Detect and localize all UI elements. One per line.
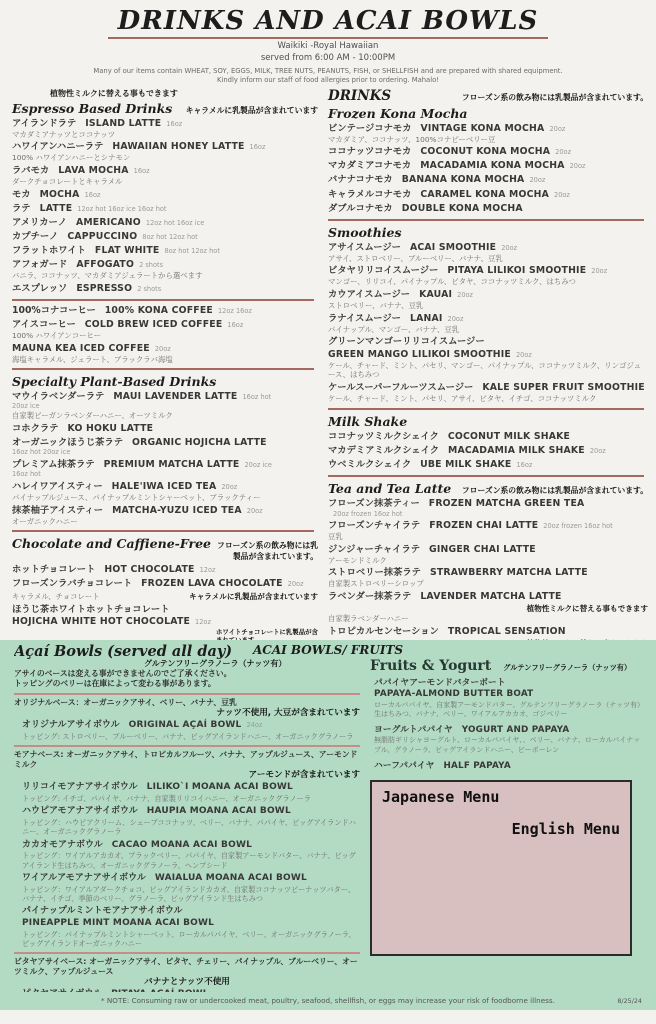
item-name-en: MAUI LAVENDER LATTE [113,391,237,403]
item-size: 8oz hot 12oz hot [164,247,219,255]
menu-item: ワイアルアモアナアサイボウルWAIALUA MOANA ACAI BOWLトッピ… [22,873,360,903]
item-name-jp: フローズンチャイラテ [328,520,420,532]
menu-item: ビタヤリリコイスムージーPITAYA LILIKOI SMOOTHIE20ozマ… [328,265,648,287]
menu-item: パパイヤアーモンドバターボートPAPAYA-ALMOND BUTTER BOAT… [374,678,646,719]
item-description: ケール、チャード、ミント、パセリ、マンゴー、パイナップル、ココナッツミルク、リン… [328,361,648,380]
item-name-jp: ウベミルクシェイク [328,459,411,471]
menu-item-row: 抹茶柚子アイスティーMATCHA-YUZU ICED TEA20oz [12,505,318,517]
section-divider [12,368,314,370]
item-description: マンゴー、リリコイ、パイナップル、ビタヤ、ココナッツミルク、はちみつ [328,277,648,287]
item-name-jp: アサイスムージー [328,242,401,254]
section-header: Chocolate and Caffiene-Freeフローズン系の飲み物には乳… [12,536,318,562]
item-name-jp: ビンテージコナモカ [328,123,412,135]
item-note: 植物性ミルクに替える事もできます [519,603,648,614]
item-name-en: KALE SUPER FRUIT SMOOTHIE [482,382,645,394]
english-menu-label: English Menu [382,820,620,838]
item-size: 20oz [555,148,571,156]
menu-item: キャラメルコナモカCARAMEL KONA MOCHA20oz [328,189,648,201]
menu-item: フラットホワイトFLAT WHITE8oz hot 12oz hot [12,245,318,257]
menu-item: ホットチョコレートHOT CHOCOLATE12oz [12,564,318,576]
menu-item-row: ラベンダー抹茶ラテLAVENDER MATCHA LATTE植物性ミルクに替える… [328,591,648,614]
item-name-en: STRAWBERRY MATCHA LATTE [430,567,588,579]
item-name-en: ORIGINAL AÇAÍ BOWL [129,720,242,732]
menu-item: アイスコーヒーCOLD BREW ICED COFFEE16oz100% ハワイ… [12,319,318,341]
menu-item: ビンテージコナモカVINTAGE KONA MOCHA20ozマカダミア、ココナ… [328,123,648,145]
item-description: トッピング：パイナップルミントシャーベット、ローカルパパイヤ、ベリー、オーガニッ… [22,930,360,949]
menu-item: マカダミアコナモカMACADAMIA KONA MOCHA20oz [328,160,648,172]
item-name-en: COLD BREW ICED COFFEE [85,319,223,331]
item-name-jp: フローズンラバチョコレート [12,578,132,590]
hours-subtitle: served from 6:00 AM - 10:00PM [0,53,656,64]
item-description: 100% ハワイアンハニーとシナモン [12,153,318,163]
item-description: トッピング: ストロベリー、ブルーベリー、バナナ、ビッグアイランドハニー、オーガ… [22,732,360,741]
menu-item-row: ビタヤリリコイスムージーPITAYA LILIKOI SMOOTHIE20oz [328,265,648,277]
item-size: 20oz [501,244,517,252]
section-title: Frozen Kona Mocha [328,106,468,121]
menu-item: ヨーグルトパパイヤYOGURT AND PAPAYA無脂肪ギリシャヨーグルト、ロ… [374,725,646,755]
item-description: 100% ハワイアンコーヒー [12,331,318,341]
item-name-en: BANANA KONA MOCHA [402,174,525,186]
item-name-en: MAUNA KEA ICED COFFEE [12,343,150,355]
item-name-en: FLAT WHITE [95,245,160,257]
item-name-en: GREEN MANGO LILIKOI SMOOTHIE [328,349,511,361]
section-header: Tea and Tea Latteフローズン系の飲み物には乳製品が含まれています… [328,481,648,496]
menu-header: DRINKS AND ACAI BOWLS Waikiki -Royal Haw… [0,0,656,86]
menu-item: ほうじ茶ホワイトホットチョコレートHOJICHA WHITE HOT CHOCO… [12,604,318,644]
item-description: 自家製ラベンダーハニー [328,614,648,624]
menu-item: MAUNA KEA ICED COFFEE20oz海塩キャラメル、ジェラート、ブ… [12,343,318,365]
item-description: パイナップル、マンゴー、バナナ、豆乳 [328,325,648,335]
title-underline [108,37,548,39]
item-name-jp: ココナッツコナモカ [328,146,411,158]
item-name-jp: ケールスーパーフルーツスムージー [328,382,473,394]
fruits-items: パパイヤアーモンドバターボートPAPAYA-ALMOND BUTTER BOAT… [370,678,646,772]
fruits-granola-note: グルテンフリーグラノーラ（ナッツ有） [503,663,631,673]
menu-item-row: ストロベリー抹茶ラテSTRAWBERRY MATCHA LATTE [328,567,648,579]
item-name-jp: カカオモアナボウル [22,840,103,852]
acai-groups: オリジナルベース：オーガニックアサイ、ベリー、バナナ、豆乳ナッツ不使用, 大豆が… [14,693,360,992]
item-name-en: MATCHA-YUZU ICED TEA [112,505,242,517]
item-name-jp: ピタヤアサイボウル [22,989,102,992]
item-name-jp: フラットホワイト [12,245,86,257]
item-name-jp: コホクラテ [12,423,59,435]
item-size: 20oz [457,291,473,299]
item-description: オーガニックハニー [12,517,318,527]
menu-item-row: バナナコナモカBANANA KONA MOCHA20oz [328,174,648,186]
item-size: 16oz [166,120,182,128]
menu-item-row: プレミアム抹茶ラテPREMIUM MATCHA LATTE20oz ice [12,459,318,471]
menu-item-row: マウイラベンダーラテMAUI LAVENDER LATTE16oz hot [12,391,318,403]
section-header: Espresso Based Drinksキャラメルに乳製品が含まれています [12,101,318,116]
item-name-jp: ハーフパパイヤ [374,761,434,772]
item-size: 20oz [590,447,606,455]
item-name-jp: パイナップルミントモアナアサイボウル [22,906,183,918]
section-header: Smoothies [328,225,648,240]
item-name-jp: キャラメルコナモカ [328,189,411,201]
menu-item-row: アイスコーヒーCOLD BREW ICED COFFEE16oz [12,319,318,331]
item-description: 自家製ビーガンラベンダーハニー、オーツミルク [12,411,318,421]
item-name-jp: ハワイアンハニーラテ [12,141,103,153]
item-name-jp: マカダミアコナモカ [328,160,411,172]
menu-item-row: グリーンマンゴーリリコイスムージーGREEN MANGO LILIKOI SMO… [328,336,648,360]
frozen-dairy-note: フローズン系の飲み物には乳製品が含まれています。 [462,92,648,103]
item-name-en: TROPICAL SENSATION [448,626,566,638]
item-size-line: 20oz ice [12,403,318,411]
item-name-jp: ラバモカ [12,165,49,177]
venue-subtitle: Waikiki -Royal Hawaiian [0,41,656,52]
item-size: 12oz [195,618,211,626]
menu-item: カウアイスムージーKAUAI20ozストロベリー、バナナ、豆乳 [328,289,648,311]
item-name-en: MOCHA [40,189,80,201]
menu-item-row: アイランドラテISLAND LATTE16oz [12,118,318,130]
menu-item: コホクラテKO HOKU LATTE [12,423,318,435]
item-description: バニラ、ココナッツ、マカダミアジェラートから選べます [12,271,318,281]
acai-base-note: ナッツ不使用, 大豆が含まれています [14,708,360,718]
item-name-en: COCONUT MILK SHAKE [448,431,570,443]
item-description: 自家製ストロベリーシロップ [328,579,648,589]
section-title: Espresso Based Drinks [12,101,172,116]
drinks-right-column: DRINKS フローズン系の飲み物には乳製品が含まれています。 Frozen K… [324,88,648,652]
menu-item-row: ヨーグルトパパイヤYOGURT AND PAPAYA [374,725,646,736]
menu-date: 8/25/24 [617,997,642,1005]
item-size: 20oz [221,483,237,491]
fruits-section-header: Fruits & Yogurt グルテンフリーグラノーラ（ナッツ有） [370,658,646,674]
item-name-en: LAVENDER MATCHA LATTE [420,591,561,603]
item-name-jp: フローズン抹茶ティー [328,498,420,510]
menu-item: ピタヤアサイボウルPITAYA AÇAÍ BOWLトッピング: パパイヤ、リリコ… [22,989,360,992]
menu-item: カカオモアナボウルCACAO MOANA ACAI BOWLトッピング：ワイアル… [22,840,360,870]
item-name-jp: モカ [12,189,31,201]
menu-item-row: MAUNA KEA ICED COFFEE20oz [12,343,318,355]
menu-item: アイランドラテISLAND LATTE16ozマカダミアナッツとココナッツ [12,118,318,140]
item-name-en: FROZEN LAVA CHOCOLATE [141,578,283,590]
menu-item: ウベミルクシェイクUBE MILK SHAKE16oz [328,459,648,471]
menu-item: ラテLATTE12oz hot 16oz ice 16oz hot [12,203,318,215]
menu-item: モカMOCHA16oz [12,189,318,201]
item-size: 24oz [246,721,262,729]
page-title: DRINKS AND ACAI BOWLS [0,8,656,35]
item-size: 20oz [448,315,464,323]
acai-fruits-banner: ACAI BOWLS/ FRUITS [0,643,656,657]
item-size: 20oz [549,125,565,133]
item-size: 20oz [570,162,586,170]
menu-item-row: ケールスーパーフルーツスムージーKALE SUPER FRUIT SMOOTHI… [328,382,648,394]
section-note: キャラメルに乳製品が含まれています [186,105,318,116]
menu-item: カプチーノCAPPUCCINO8oz hot 12oz hot [12,231,318,243]
foodborne-illness-note: * NOTE: Consuming raw or undercooked mea… [0,996,656,1005]
acai-fruits-columns: Açaí Bowls (served all day) グルテンフリーグラノーラ… [14,644,646,992]
menu-item-row: モカMOCHA16oz [12,189,318,201]
menu-item: マカデミアミルクシェイクMACADAMIA MILK SHAKE20oz [328,445,648,457]
item-name-en: FROZEN CHAI LATTE [429,520,538,532]
menu-item-row: ラテLATTE12oz hot 16oz ice 16oz hot [12,203,318,215]
item-size: 16oz hot [242,393,271,401]
item-name-en: CAPPUCCINO [67,231,137,243]
section-divider [328,219,644,221]
item-size-line: 16oz hot 20oz ice [12,449,318,457]
menu-item-row: ハウピアモアナアサイボウルHAUPIA MOANA ACAI BOWL [22,806,360,818]
item-size: 20oz [554,191,570,199]
item-name-jp: バナナコナモカ [328,174,393,186]
drinks-title: DRINKS [328,88,391,104]
item-name-en: ISLAND LATTE [85,118,161,130]
section-divider [12,299,314,301]
menu-item: ケールスーパーフルーツスムージーKALE SUPER FRUIT SMOOTHI… [328,382,648,404]
menu-item-row: ココナッツミルクシェイクCOCONUT MILK SHAKE [328,431,648,443]
item-name-en: LILIKO`I MOANA ACAI BOWL [147,782,293,794]
item-name-jp: オリジナルアサイボウル [22,720,120,732]
menu-item-row: オリジナルアサイボウルORIGINAL AÇAÍ BOWL24oz [22,720,360,732]
item-name-jp: パパイヤアーモンドバターボート [374,678,506,689]
item-name-en: ORGANIC HOJICHA LATTE [132,437,267,449]
menu-item-row: ピタヤアサイボウルPITAYA AÇAÍ BOWL [22,989,360,992]
menu-item-row: パイナップルミントモアナアサイボウルPINEAPPLE MINT MOANA A… [22,906,360,929]
item-name-en: 100% KONA COFFEE [105,305,213,317]
japanese-menu-label: Japanese Menu [382,788,620,806]
menu-item-row: ダブルコナモカDOUBLE KONA MOCHA [328,203,648,215]
menu-item-row: ワイアルアモアナアサイボウルWAIALUA MOANA ACAI BOWL [22,873,360,885]
item-name-jp: ラベンダー抹茶ラテ [328,591,411,603]
menu-item: パイナップルミントモアナアサイボウルPINEAPPLE MINT MOANA A… [22,906,360,948]
item-name-en: HALE'IWA ICED TEA [112,481,217,493]
item-description: トッピング：ハウピアクリーム、シェーブココナッツ、ベリー、バナナ、パパイヤ、ビッ… [22,818,360,837]
menu-item: ハウピアモアナアサイボウルHAUPIA MOANA ACAI BOWLトッピング… [22,806,360,836]
menu-item-row: ウベミルクシェイクUBE MILK SHAKE16oz [328,459,648,471]
section-note: フローズン系の飲み物には乳製品が含まれています。 [211,540,318,562]
menu-item: ラナイスムージーLANAI20ozパイナップル、マンゴー、バナナ、豆乳 [328,313,648,335]
item-name-jp: ハレイワアイスティー [12,481,103,493]
item-name-jp: 100%コナコーヒー [12,305,96,317]
menu-item-row: フローズンチャイラテFROZEN CHAI LATTE20oz frozen 1… [328,520,648,532]
item-name-en: HOJICHA WHITE HOT CHOCOLATE [12,616,190,628]
item-note: キャラメルに乳製品が含まれています [181,591,318,602]
item-name-jp: アイスコーヒー [12,319,76,331]
menu-item: 100%コナコーヒー100% KONA COFFEE12oz 16oz [12,305,318,317]
menu-item: エスプレッソESPRESSO2 shots [12,283,318,295]
item-description: マカダミア、ココナッツ、100%コナピーベリー豆 [328,135,648,145]
menu-item-row: ホットチョコレートHOT CHOCOLATE12oz [12,564,318,576]
item-name-jp: ダブルコナモカ [328,203,393,215]
item-size: 20oz [591,267,607,275]
item-name-jp: アメリカーノ [12,217,67,229]
menu-item: ココナッツミルクシェイクCOCONUT MILK SHAKE [328,431,648,443]
menu-item: アサイスムージーACAI SMOOTHIE20ozアサイ、ストロベリー、ブルーベ… [328,242,648,264]
menu-item-row: コホクラテKO HOKU LATTE [12,423,318,435]
menu-item-row: キャラメルコナモカCARAMEL KONA MOCHA20oz [328,189,648,201]
item-size: 20oz [529,176,545,184]
item-description: 無脂肪ギリシャヨーグルト、ローカルパパイヤ、、ベリー、バナナ、ローカルパイナップ… [374,736,646,754]
item-name-jp: カウアイスムージー [328,289,410,301]
item-name-en: FROZEN MATCHA GREEN TEA [429,498,585,510]
section-title: Specialty Plant-Based Drinks [12,374,216,389]
item-name-en: COCONUT KONA MOCHA [420,146,550,158]
item-name-en: LANAI [410,313,443,325]
item-name-en: WAIALUA MOANA ACAI BOWL [155,873,307,885]
item-name-en: ACAI SMOOTHIE [410,242,496,254]
menu-item-row: ほうじ茶ホワイトホットチョコレートHOJICHA WHITE HOT CHOCO… [12,604,318,644]
item-size: 16oz [516,461,532,469]
item-size: 12oz hot 16oz ice 16oz hot [77,205,166,213]
item-name-en: LAVA MOCHA [58,165,128,177]
acai-group-divider [14,693,360,695]
item-description: トッピング：ワイアルアダークチョコ、ビッグアイランドカカオ、自家製ココナッツピー… [22,885,360,904]
menu-item-row: エスプレッソESPRESSO2 shots [12,283,318,295]
menu-item: マウイラベンダーラテMAUI LAVENDER LATTE16oz hot20o… [12,391,318,421]
item-name-en: LATTE [40,203,73,215]
item-size: 20oz [155,345,171,353]
language-menu-box: Japanese Menu English Menu [370,780,632,956]
menu-item: グリーンマンゴーリリコイスムージーGREEN MANGO LILIKOI SMO… [328,336,648,379]
drinks-section-header: DRINKS フローズン系の飲み物には乳製品が含まれています。 [328,88,648,104]
item-name-en: HALF PAPAYA [443,761,510,772]
section-divider [328,475,644,477]
menu-item: オーガニックほうじ茶ラテORGANIC HOJICHA LATTE16oz ho… [12,437,318,457]
item-description: アーモンドミルク [328,556,648,566]
menu-item-row: ハワイアンハニーラテHAWAIIAN HONEY LATTE16oz [12,141,318,153]
menu-item: フローズンチャイラテFROZEN CHAI LATTE20oz frozen 1… [328,520,648,542]
item-size: 20oz frozen 16oz hot [543,522,612,530]
item-name-en: AMERICANO [76,217,141,229]
item-size: 12oz hot 16oz ice [146,219,204,227]
menu-item: オリジナルアサイボウルORIGINAL AÇAÍ BOWL24ozトッピング: … [22,720,360,741]
item-name-jp: トロピカルセンセーション [328,626,439,638]
item-name-jp: エスプレッソ [12,283,67,295]
item-description-row: キャラメル、チョコレートキャラメルに乳製品が含まれています [12,591,318,602]
item-description: トッピング：ワイアルアカカオ、ブラックベリー、パパイヤ、自家製アーモンドバター、… [22,851,360,870]
item-name-jp: ココナッツミルクシェイク [328,431,439,443]
menu-item: フローズン抹茶ティーFROZEN MATCHA GREEN TEA20oz fr… [328,498,648,518]
item-name-en: UBE MILK SHAKE [420,459,511,471]
section-header: Specialty Plant-Based Drinks [12,374,318,389]
item-name-en: KO HOKU LATTE [68,423,154,435]
section-divider [328,408,644,410]
item-name-en: YOGURT AND PAPAYA [462,725,570,736]
item-description: 豆乳 [328,532,648,542]
acai-base-note: バナナとナッツ不使用 [14,977,360,987]
item-size: 2 shots [139,261,163,269]
allergen-disclaimer-line2: Kindly inform our staff of food allergie… [0,76,656,85]
menu-item: バナナコナモカBANANA KONA MOCHA20oz [328,174,648,186]
menu-item: ストロベリー抹茶ラテSTRAWBERRY MATCHA LATTE自家製ストロベ… [328,567,648,589]
item-name-en: DOUBLE KONA MOCHA [402,203,523,215]
item-name-en: KAUAI [419,289,452,301]
menu-item-row: 100%コナコーヒー100% KONA COFFEE12oz 16oz [12,305,318,317]
section-title: Smoothies [328,225,402,240]
item-name-en: HAUPIA MOANA ACAI BOWL [147,806,291,818]
item-size: 16oz [227,321,243,329]
menu-item-row: カプチーノCAPPUCCINO8oz hot 12oz hot [12,231,318,243]
item-name-en: HOT CHOCOLATE [104,564,194,576]
section-header: Frozen Kona Mocha [328,106,648,121]
acai-group-divider [14,745,360,747]
menu-item-row: マカダミアコナモカMACADAMIA KONA MOCHA20oz [328,160,648,172]
item-name-jp: ほうじ茶ホワイトホットチョコレート [12,604,309,616]
menu-item: アフォガードAFFOGATO2 shotsバニラ、ココナッツ、マカダミアジェラー… [12,259,318,281]
menu-item-row: ハレイワアイスティーHALE'IWA ICED TEA20oz [12,481,318,493]
fruits-yogurt-column: Fruits & Yogurt グルテンフリーグラノーラ（ナッツ有） パパイヤア… [370,644,646,992]
acai-intro-line: アサイのベースは変える事ができませんのでご了承ください。 [14,669,360,679]
menu-item: ハワイアンハニーラテHAWAIIAN HONEY LATTE16oz100% ハ… [12,141,318,163]
item-name-jp: ラテ [12,203,31,215]
menu-item-row: フローズン抹茶ティーFROZEN MATCHA GREEN TEA20oz fr… [328,498,648,518]
menu-item-row: フラットホワイトFLAT WHITE8oz hot 12oz hot [12,245,318,257]
item-size: 16oz [250,143,266,151]
menu-item-row: ラバモカLAVA MOCHA16oz [12,165,318,177]
menu-item: プレミアム抹茶ラテPREMIUM MATCHA LATTE20oz ice16o… [12,459,318,479]
acai-fruits-area: ACAI BOWLS/ FRUITS Açaí Bowls (served al… [0,640,656,1010]
item-name-en: GINGER CHAI LATTE [429,544,536,556]
menu-item-row: アフォガードAFFOGATO2 shots [12,259,318,271]
menu-item-row: カウアイスムージーKAUAI20oz [328,289,648,301]
item-description: ストロベリー、バナナ、豆乳 [328,301,648,311]
menu-item-row: ビンテージコナモカVINTAGE KONA MOCHA20oz [328,123,648,135]
menu-item: ラベンダー抹茶ラテLAVENDER MATCHA LATTE植物性ミルクに替える… [328,591,648,624]
section-title: Tea and Tea Latte [328,481,451,496]
menu-item: ダブルコナモカDOUBLE KONA MOCHA [328,203,648,215]
menu-item: ココナッツコナモカCOCONUT KONA MOCHA20oz [328,146,648,158]
item-name-en: MACADAMIA KONA MOCHA [420,160,564,172]
menu-item-row: ハーフパパイヤHALF PAPAYA [374,761,646,772]
menu-item-row: リリコイモアナアサイボウルLILIKO`I MOANA ACAI BOWL [22,782,360,794]
menu-item-row: カカオモアナボウルCACAO MOANA ACAI BOWL [22,840,360,852]
item-name-jp: 抹茶柚子アイスティー [12,505,103,517]
item-size: 20oz [516,351,532,359]
acai-granola-note: グルテンフリーグラノーラ（ナッツ有） [144,658,360,669]
item-size: 16oz [134,167,150,175]
item-size: 2 shots [137,285,161,293]
item-name-en: AFFOGATO [76,259,134,271]
acai-bowls-column: Açaí Bowls (served all day) グルテンフリーグラノーラ… [14,644,370,992]
section-title: Chocolate and Caffiene-Free [12,536,211,551]
item-name-jp: リリコイモアナアサイボウル [22,782,138,794]
item-name-jp: ビタヤリリコイスムージー [328,265,438,277]
item-description: マカダミアナッツとココナッツ [12,130,318,140]
item-size: 12oz 16oz [218,307,252,315]
item-name-en: PITAYA AÇAÍ BOWL [111,989,209,992]
item-name-en: PAPAYA-ALMOND BUTTER BOAT [374,689,533,700]
item-size-line: 16oz hot [12,471,318,479]
fruits-yogurt-title: Fruits & Yogurt [370,658,491,674]
item-name-jp: ホットチョコレート [12,564,95,576]
menu-item-row: アサイスムージーACAI SMOOTHIE20oz [328,242,648,254]
item-name-jp: ハウピアモアナアサイボウル [22,806,138,818]
item-name-jp: アイランドラテ [12,118,76,130]
item-size: 20oz ice [244,461,272,469]
plant-milk-note: 植物性ミルクに替える事もできます [50,88,318,99]
item-name-en: MACADAMIA MILK SHAKE [448,445,585,457]
item-name-en: VINTAGE KONA MOCHA [421,123,545,135]
menu-item: ラバモカLAVA MOCHA16ozダークチョコレートとキャラメル [12,165,318,187]
acai-intro: アサイのベースは変える事ができませんのでご了承ください。トッピングのベリーは在庫… [14,669,360,689]
acai-group-divider [14,952,360,954]
item-name-en: PINEAPPLE MINT MOANA ACAI BOWL [22,918,214,930]
item-size: 16oz [85,191,101,199]
item-size: 20oz frozen 16oz hot [333,510,402,518]
item-size: 8oz hot 12oz hot [142,233,197,241]
acai-intro-line: トッピングのベリーは在庫によって変わる事があります。 [14,679,360,689]
item-description: キャラメル、チョコレート [12,592,100,602]
acai-base-note: アーモンドが含まれています [14,770,360,780]
section-note: フローズン系の飲み物には乳製品が含まれています。 [462,485,648,496]
acai-base-description: モアナベース: オーガニックアサイ、トロピカルフルーツ、バナナ、アップルジュース… [14,750,360,769]
allergen-disclaimer-line1: Many of our items contain WHEAT, SOY, EG… [0,67,656,76]
item-size: 20oz [247,507,263,515]
item-name-jp: ストロベリー抹茶ラテ [328,567,421,579]
item-size: 12oz [200,566,216,574]
item-size: 20oz [288,580,304,588]
section-header: Milk Shake [328,414,648,429]
item-description: アサイ、ストロベリー、ブルーベリー、バナナ、豆乳 [328,254,648,264]
